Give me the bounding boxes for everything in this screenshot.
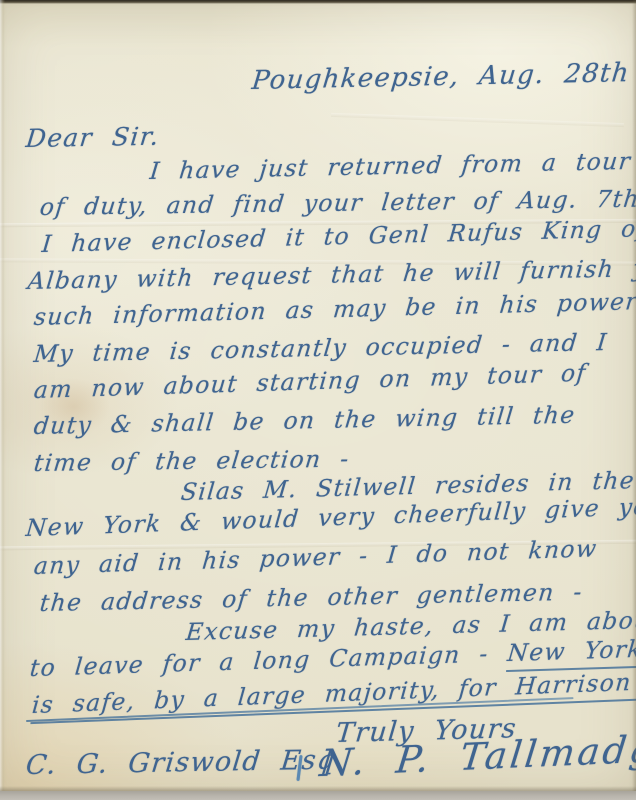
scan-edge-top — [0, 0, 636, 4]
body-line: I have just returned from a tour — [149, 147, 633, 185]
body-line: I have enclosed it to Genl Rufus King of — [41, 214, 636, 258]
body-line: such information as may be in his power … — [33, 286, 636, 331]
body-line: duty & shall be on the wing till the — [33, 401, 577, 440]
body-line: any aid in his power - I do not know — [33, 534, 599, 580]
underlined-new-york: New York — [506, 635, 636, 672]
scan-edge-bottom — [0, 791, 636, 800]
body-line: time of the election - — [32, 445, 351, 477]
letter-paper: Poughkeepsie, Aug. 28th 1840. Dear Sir. … — [0, 0, 636, 800]
addressee-line: C. G. Griswold Esq — [24, 745, 337, 781]
letter-scan: Poughkeepsie, Aug. 28th 1840. Dear Sir. … — [0, 0, 636, 800]
body-line: of duty, and find your letter of Aug. 7t… — [38, 184, 636, 221]
date-line: Poughkeepsie, Aug. 28th 1840. — [250, 56, 636, 96]
salutation: Dear Sir. — [24, 122, 161, 153]
paper-edge-right — [632, 0, 636, 800]
fold-crease — [331, 113, 624, 127]
paper-edge-left — [0, 0, 5, 800]
